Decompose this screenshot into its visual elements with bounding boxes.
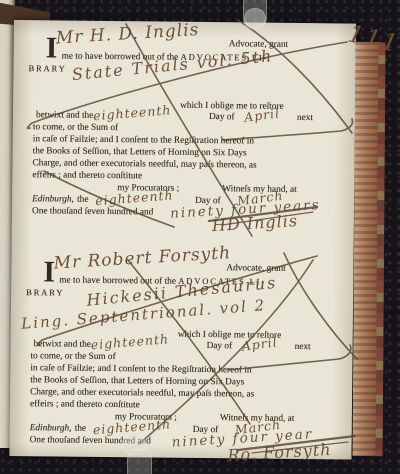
marbled-edge-column xyxy=(376,42,386,456)
register-page: 111. I Mr H. D. Inglis Advocate, grant m… xyxy=(9,20,356,460)
form-the: the xyxy=(75,424,86,434)
form-day-of: Day of xyxy=(207,341,233,351)
form-edinburgh: Edinburgh, xyxy=(30,423,72,433)
plastic-tab-bottom xyxy=(127,449,152,474)
form-effeirs: effeirs ; and thereto conſtitute xyxy=(30,399,140,410)
form-to-come: to come, or the Sum of xyxy=(30,351,115,362)
form-books: the Books of Seſſion, that Letters of Ho… xyxy=(33,146,247,158)
form-failzie: in caſe of Failzie; and I conſent to the… xyxy=(30,363,251,375)
photographed-ledger-scene: 111. I Mr H. D. Inglis Advocate, grant m… xyxy=(0,0,400,474)
form-betwixt: betwixt and the xyxy=(36,110,93,121)
due-day: eighteenth xyxy=(90,331,169,352)
form-next: next xyxy=(295,342,311,352)
form-charge: Charge, and other executorials needful, … xyxy=(30,387,254,399)
due-month: April xyxy=(241,334,279,354)
form-charge: Charge, and other executorials needful, … xyxy=(32,158,256,170)
borrow-entry-2: I Mr Robert Forsyth Advocate, grant me t… xyxy=(9,244,353,460)
due-month: April xyxy=(243,105,281,125)
form-failzie: in caſe of Failzie; and I conſent to the… xyxy=(33,134,254,146)
borrower-name: Mr Robert Forsyth xyxy=(53,243,231,273)
borrower-name: Mr H. D. Inglis xyxy=(55,20,199,48)
book-fore-edge xyxy=(353,42,386,456)
due-day: eighteenth xyxy=(93,102,172,123)
plastic-tab-top xyxy=(243,0,267,29)
form-brary: brary xyxy=(28,63,66,73)
signed-day: eighteenth xyxy=(95,187,174,208)
form-effeirs: effeirs ; and thereto conſtitute xyxy=(32,170,142,181)
form-betwixt: betwixt and the xyxy=(34,339,91,350)
form-advocate-grant: Advocate, grant xyxy=(226,263,285,274)
borrow-entry-1: I Mr H. D. Inglis Advocate, grant me to … xyxy=(12,20,356,248)
form-the: the xyxy=(77,195,88,205)
form-one-thousand: One thouſand ſeven hundred and xyxy=(32,206,153,217)
form-brary: brary xyxy=(26,287,64,297)
form-next: next xyxy=(297,113,313,123)
form-day-of: Day of xyxy=(209,112,235,122)
form-to-come: to come, or the Sum of xyxy=(33,122,118,133)
form-books: the Books of Seſſion, that Letters of Ho… xyxy=(30,375,244,387)
borrower-signature: HD Inglis xyxy=(211,211,298,235)
form-edinburgh: Edinburgh, xyxy=(32,194,74,204)
